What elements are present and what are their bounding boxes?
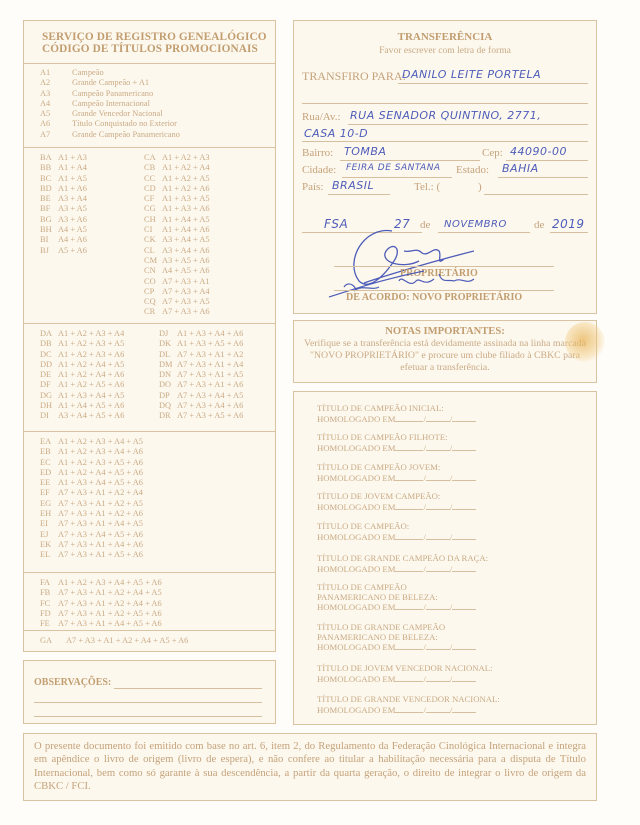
combo-row: EAA1 + A2 + A3 + A4 + A5	[40, 437, 275, 447]
day-blank[interactable]	[395, 532, 423, 540]
combo-row: DAA1 + A2 + A3 + A4	[40, 329, 159, 339]
combo-row: CPA7 + A3 + A4	[144, 287, 248, 297]
phone-field[interactable]	[484, 194, 588, 195]
city-field[interactable]: FEIRA DE SANTANA	[346, 163, 441, 173]
titles-homologation-box: TÍTULO DE CAMPEÃO INICIAL: HOMOLOGADO EM…	[293, 391, 597, 725]
zip-label: Cep:	[482, 147, 503, 159]
combo-row: ECA1 + A2 + A3 + A5 + A6	[40, 458, 275, 468]
title-entry: TÍTULO DE CAMPEÃO JOVEM: HOMOLOGADO EM//	[317, 463, 476, 483]
combo-row: EJA7 + A3 + A4 + A5 + A6	[40, 530, 275, 540]
observations-box: OBSERVAÇÕES:	[23, 660, 276, 724]
combo-row: COA7 + A3 + A1	[144, 277, 248, 287]
combo-row: EBA1 + A2 + A3 + A4 + A6	[40, 447, 275, 457]
code-row: A5Grande Vencedor Nacional	[40, 109, 275, 119]
street-label: Rua/Av.:	[302, 111, 341, 123]
combo-row: CRA7 + A3 + A6	[144, 307, 248, 317]
transfer-blank-line	[302, 103, 588, 104]
transfer-title: TRANSFERÊNCIA	[294, 31, 596, 43]
combination-group-f: FAA1 + A2 + A3 + A4 + A5 + A6 FBA7 + A3 …	[24, 573, 275, 631]
combo-row: DHA1 + A4 + A5 + A6	[40, 401, 159, 411]
day-blank[interactable]	[395, 473, 423, 481]
transfer-to-underline	[398, 83, 588, 84]
country-field[interactable]: BRASIL	[332, 179, 374, 192]
title-entry: TÍTULO DE GRANDE CAMPEÃO DA RAÇA: HOMOLO…	[317, 554, 488, 574]
combination-group-e: EAA1 + A2 + A3 + A4 + A5 EBA1 + A2 + A3 …	[24, 432, 275, 573]
combo-row: FBA7 + A3 + A1 + A2 + A4 + A5	[40, 588, 275, 598]
combo-row: CBA1 + A2 + A4	[144, 163, 248, 173]
street-field-line2[interactable]: CASA 10-D	[304, 127, 368, 140]
combo-row: DGA1 + A3 + A4 + A5	[40, 391, 159, 401]
combination-group-b-c: BAA1 + A3 BBA1 + A4 BCA1 + A5 BDA1 + A6 …	[24, 148, 275, 324]
day-blank[interactable]	[395, 602, 423, 610]
day-blank[interactable]	[395, 705, 423, 713]
combo-row: CDA1 + A2 + A6	[144, 184, 248, 194]
combo-row: DEA1 + A2 + A4 + A6	[40, 370, 159, 380]
combo-row: DMA7 + A3 + A1 + A4	[159, 360, 275, 370]
combo-row: FEA7 + A3 + A1 + A4 + A5 + A6	[40, 619, 275, 629]
code-row: A4Campeão Internacional	[40, 99, 275, 109]
title-entry: TÍTULO DE JOVEM VENCEDOR NACIONAL: HOMOL…	[317, 664, 493, 684]
new-owner-caption: DE ACORDO: NOVO PROPRIETÁRIO	[346, 292, 522, 303]
year-blank[interactable]	[452, 473, 476, 481]
combo-row: DIA3 + A4 + A5 + A6	[40, 411, 159, 421]
transfer-to-label: TRANSFIRO PARA:	[302, 69, 406, 84]
day-blank[interactable]	[395, 674, 423, 682]
observations-line-2[interactable]	[34, 702, 262, 703]
phone-close: )	[478, 181, 482, 193]
combo-row: DNA7 + A3 + A1 + A5	[159, 370, 275, 380]
combo-row: DRA7 + A3 + A5 + A6	[159, 411, 275, 421]
important-notes-box: NOTAS IMPORTANTES: Verifique se a transf…	[293, 320, 597, 383]
phone-label: Tel.: (	[414, 181, 440, 193]
combo-row: GAA7 + A3 + A1 + A2 + A4 + A5 + A6	[40, 636, 275, 646]
new-owner-signature-line	[334, 290, 554, 291]
code-row: A3Campeão Panamericano	[40, 89, 275, 99]
combo-row: FAA1 + A2 + A3 + A4 + A5 + A6	[40, 578, 275, 588]
combo-row: EKA7 + A3 + A1 + A4 + A6	[40, 540, 275, 550]
combination-group-d: DAA1 + A2 + A3 + A4 DBA1 + A2 + A3 + A5 …	[24, 324, 275, 432]
combo-row: BCA1 + A5	[40, 174, 144, 184]
legal-footer-box: O presente documento foi emitido com bas…	[23, 733, 597, 801]
notes-title: NOTAS IMPORTANTES:	[294, 321, 596, 338]
combo-row: DLA7 + A3 + A1 + A2	[159, 350, 275, 360]
state-field[interactable]: BAHIA	[502, 162, 539, 175]
combo-row: CKA3 + A4 + A5	[144, 235, 248, 245]
country-label: País:	[302, 181, 323, 193]
code-row: A7Grande Campeão Panamericano	[40, 130, 275, 140]
coffee-stain	[565, 322, 605, 362]
legal-footer-text: O presente documento foi emitido com bas…	[24, 734, 596, 794]
year-blank[interactable]	[452, 602, 476, 610]
transfer-form: TRANSFERÊNCIA Favor escrever com letra d…	[293, 20, 597, 314]
combo-row: BAA1 + A3	[40, 153, 144, 163]
year-blank[interactable]	[452, 502, 476, 510]
transfer-to-field[interactable]: DANILO LEITE PORTELA	[402, 68, 541, 81]
district-label: Bairro:	[302, 147, 333, 159]
month-blank[interactable]	[426, 674, 450, 682]
combo-row: CQA7 + A3 + A5	[144, 297, 248, 307]
city-underline	[342, 177, 452, 178]
combo-row: EEA1 + A3 + A4 + A5 + A6	[40, 478, 275, 488]
combo-row: FCA7 + A3 + A1 + A2 + A4 + A6	[40, 599, 275, 609]
code-row: A1Campeão	[40, 68, 275, 78]
month-blank[interactable]	[426, 443, 450, 451]
transfer-subtitle: Favor escrever com letra de forma	[294, 45, 596, 56]
year-underline	[550, 232, 588, 233]
combo-row: BJA5 + A6	[40, 246, 144, 256]
day-blank[interactable]	[395, 414, 423, 422]
observations-label: OBSERVAÇÕES:	[34, 677, 111, 688]
header-line-1: SERVIÇO DE REGISTRO GENEALÓGICO	[42, 31, 275, 43]
combo-row: BIA4 + A6	[40, 235, 144, 245]
combo-row: BBA1 + A4	[40, 163, 144, 173]
month-blank[interactable]	[426, 502, 450, 510]
combo-row: EGA7 + A3 + A1 + A2 + A5	[40, 499, 275, 509]
day-blank[interactable]	[395, 502, 423, 510]
zip-underline	[506, 160, 588, 161]
title-entry: TÍTULO DE CAMPEÃO PANAMERICANO DE BELEZA…	[317, 583, 476, 613]
group-c-column: CAA1 + A2 + A3 CBA1 + A2 + A4 CCA1 + A2 …	[144, 153, 248, 318]
city-label: Cidade:	[302, 164, 336, 176]
year-blank[interactable]	[452, 705, 476, 713]
month-blank[interactable]	[426, 602, 450, 610]
month-blank[interactable]	[426, 532, 450, 540]
combo-row: BHA4 + A5	[40, 225, 144, 235]
year-blank[interactable]	[452, 642, 476, 650]
combo-row: DFA1 + A2 + A5 + A6	[40, 380, 159, 390]
code-row: A6Título Conquistado no Exterior	[40, 119, 275, 129]
combo-row: DKA1 + A3 + A5 + A6	[159, 339, 275, 349]
combo-row: CGA1 + A3 + A6	[144, 204, 248, 214]
street-field[interactable]: RUA SENADOR QUINTINO, 2771,	[350, 109, 541, 122]
combo-row: ELA7 + A3 + A1 + A5 + A6	[40, 550, 275, 560]
street-underline	[348, 124, 588, 125]
combo-row: CHA1 + A4 + A5	[144, 215, 248, 225]
group-b-column: BAA1 + A3 BBA1 + A4 BCA1 + A5 BDA1 + A6 …	[40, 153, 144, 318]
zip-field[interactable]: 44090-00	[510, 145, 567, 158]
combo-row: DJA1 + A3 + A4 + A6	[159, 329, 275, 339]
title-codes-panel: SERVIÇO DE REGISTRO GENEALÓGICO CÓDIGO D…	[23, 20, 276, 652]
group-d-left-column: DAA1 + A2 + A3 + A4 DBA1 + A2 + A3 + A5 …	[40, 329, 159, 422]
year-blank[interactable]	[452, 564, 476, 572]
codes-header: SERVIÇO DE REGISTRO GENEALÓGICO CÓDIGO D…	[24, 21, 275, 64]
title-entry: TÍTULO DE CAMPEÃO INICIAL: HOMOLOGADO EM…	[317, 404, 476, 424]
observations-line-3[interactable]	[34, 716, 262, 717]
country-underline	[328, 194, 390, 195]
header-line-2: CÓDIGO DE TÍTULOS PROMOCIONAIS	[42, 43, 275, 55]
combo-row: CCA1 + A2 + A5	[144, 174, 248, 184]
combo-row: FDA7 + A3 + A1 + A2 + A5 + A6	[40, 609, 275, 619]
base-codes-section: A1Campeão A2Grande Campeão + A1 A3Campeã…	[24, 64, 275, 148]
combo-row: CMA3 + A5 + A6	[144, 256, 248, 266]
notes-text: Verifique se a transferência está devida…	[294, 338, 596, 374]
combo-row: BDA1 + A6	[40, 184, 144, 194]
combo-row: CFA1 + A3 + A5	[144, 194, 248, 204]
month-blank[interactable]	[426, 705, 450, 713]
month-blank[interactable]	[426, 473, 450, 481]
district-field[interactable]: TOMBA	[344, 145, 386, 158]
code-row: A2Grande Campeão + A1	[40, 78, 275, 88]
combo-row: DOA7 + A3 + A1 + A6	[159, 380, 275, 390]
day-blank[interactable]	[395, 642, 423, 650]
day-blank[interactable]	[395, 564, 423, 572]
title-entry: TÍTULO DE JOVEM CAMPEÃO: HOMOLOGADO EM//	[317, 492, 476, 512]
group-d-right-column: DJA1 + A3 + A4 + A6 DKA1 + A3 + A5 + A6 …	[159, 329, 275, 422]
year-blank[interactable]	[452, 674, 476, 682]
street-underline-2	[302, 141, 588, 142]
combo-row: EFA7 + A3 + A1 + A2 + A4	[40, 488, 275, 498]
combination-group-g: GAA7 + A3 + A1 + A2 + A4 + A5 + A6	[24, 631, 275, 653]
month-blank[interactable]	[426, 642, 450, 650]
combo-row: DPA7 + A3 + A4 + A5	[159, 391, 275, 401]
combo-row: BGA3 + A6	[40, 215, 144, 225]
year-blank[interactable]	[452, 532, 476, 540]
combo-row: DQA7 + A3 + A4 + A6	[159, 401, 275, 411]
combo-row: BEA3 + A4	[40, 194, 144, 204]
district-underline	[340, 160, 480, 161]
combo-row: CNA4 + A5 + A6	[144, 266, 248, 276]
combo-row: CIA1 + A4 + A6	[144, 225, 248, 235]
year-blank[interactable]	[452, 414, 476, 422]
title-entry: TÍTULO DE GRANDE VENCEDOR NACIONAL: HOMO…	[317, 695, 500, 715]
state-underline	[498, 177, 588, 178]
combo-row: BFA3 + A5	[40, 204, 144, 214]
day-blank[interactable]	[395, 443, 423, 451]
state-label: Estado:	[456, 164, 489, 176]
combo-row: DBA1 + A2 + A3 + A5	[40, 339, 159, 349]
combo-row: CAA1 + A2 + A3	[144, 153, 248, 163]
combo-row: CLA3 + A4 + A6	[144, 246, 248, 256]
combo-row: EHA7 + A3 + A1 + A2 + A6	[40, 509, 275, 519]
combo-row: EIA7 + A3 + A1 + A4 + A5	[40, 519, 275, 529]
observations-line-1[interactable]	[114, 688, 262, 689]
year-field[interactable]: 2019	[552, 217, 585, 231]
owner-signature-line	[334, 266, 554, 267]
year-blank[interactable]	[452, 443, 476, 451]
title-entry: TÍTULO DE GRANDE CAMPEÃO PANAMERICANO DE…	[317, 623, 476, 653]
combo-row: EDA1 + A2 + A4 + A5 + A6	[40, 468, 275, 478]
month-blank[interactable]	[426, 414, 450, 422]
title-entry: TÍTULO DE CAMPEÃO FILHOTE: HOMOLOGADO EM…	[317, 433, 476, 453]
de-label-2: de	[534, 219, 544, 231]
title-entry: TÍTULO DE CAMPEÃO: HOMOLOGADO EM//	[317, 522, 476, 542]
combo-row: DCA1 + A2 + A3 + A6	[40, 350, 159, 360]
combo-row: DDA1 + A2 + A4 + A5	[40, 360, 159, 370]
month-blank[interactable]	[426, 564, 450, 572]
